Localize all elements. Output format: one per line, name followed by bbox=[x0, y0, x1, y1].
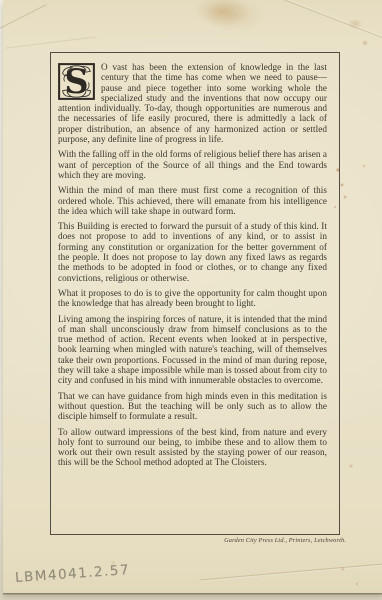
fold-crease-top-right bbox=[283, 0, 382, 42]
paragraph-5: What it proposes to do is to give the op… bbox=[58, 288, 327, 309]
printer-credit: Garden City Press Ltd., Printers, Letchw… bbox=[224, 537, 346, 544]
text-border-frame: S O vast has been the extension of knowl… bbox=[50, 52, 340, 535]
drop-cap-letter: S bbox=[64, 63, 88, 100]
fold-crease-bottom bbox=[199, 562, 382, 580]
paragraph-2: With the falling off in the old forms of… bbox=[58, 149, 327, 180]
paragraph-7: That we can have guidance from high mind… bbox=[58, 391, 327, 422]
paragraph-4: This Building is erected to forward the … bbox=[58, 221, 327, 283]
paragraph-3: Within the mind of man there must first … bbox=[58, 185, 327, 216]
body-text: S O vast has been the extension of knowl… bbox=[58, 62, 327, 468]
ornamental-initial-icon: S bbox=[58, 63, 95, 100]
scanned-document: S O vast has been the extension of knowl… bbox=[0, 0, 382, 600]
paragraph-8: To allow outward impressions of the best… bbox=[58, 427, 327, 468]
fold-crease-top bbox=[5, 36, 96, 48]
paragraph-1: S O vast has been the extension of knowl… bbox=[58, 62, 327, 144]
paragraph-1-text: O vast has been the extension of knowled… bbox=[58, 62, 327, 144]
fold-crease-top-left bbox=[0, 4, 46, 28]
paragraph-6: Living among the inspiring forces of nat… bbox=[58, 314, 327, 386]
